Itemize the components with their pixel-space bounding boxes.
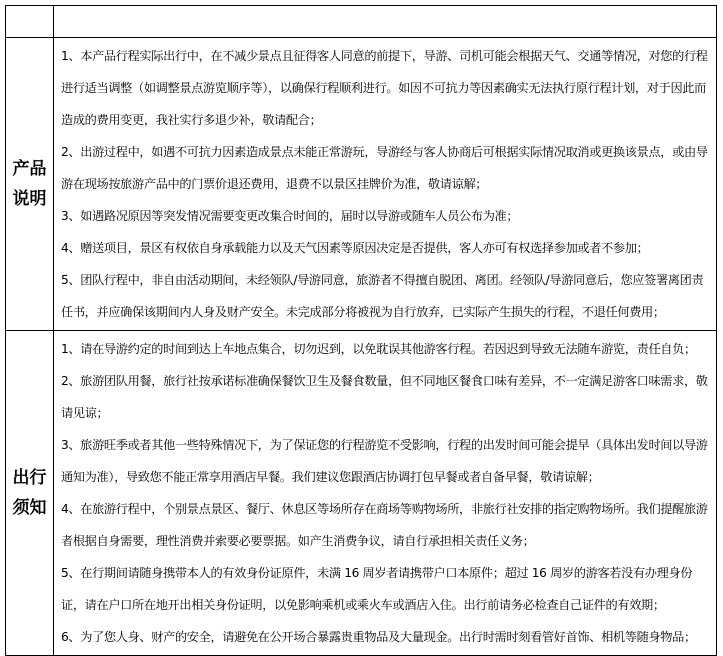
section-label-product-description: 产品 说明 [6, 38, 54, 331]
section-content-product-description: 1、本产品行程实际出行中，在不减少景点且征得客人同意的前提下，导游、司机可能会根… [54, 38, 717, 331]
list-item: 3、如遇路况原因等突发情况需要变更改集合时间的，届时以导游或随车人员公布为准； [61, 200, 710, 232]
section-label-line1: 产品 [6, 154, 53, 184]
section-travel-notes: 出行 须知 1、请在导游约定的时间到达上车地点集合，切勿迟到，以免耽误其他游客行… [6, 331, 717, 638]
list-item: 5、在行期间请随身携带本人的有效身份证原件，未满 16 周岁者请携带户口本原件；… [61, 557, 710, 621]
list-item: 6、为了您人身、财产的安全，请避免在公开场合暴露贵重物品及大量现金。出行时需时刻… [61, 621, 710, 637]
table-header-row [6, 6, 717, 38]
list-item: 2、旅游团队用餐，旅行社按承诺标准确保餐饮卫生及餐食数量，但不同地区餐食口味有差… [61, 365, 710, 429]
list-item: 2、出游过程中，如遇不可抗力因素造成景点未能正常游玩，导游经与客人协商后可根据实… [61, 136, 710, 200]
list-item: 1、本产品行程实际出行中，在不减少景点且征得客人同意的前提下，导游、司机可能会根… [61, 40, 710, 136]
section-label-line2: 须知 [6, 493, 53, 523]
section-label-line1: 出行 [6, 463, 53, 493]
header-label-cell [6, 6, 54, 38]
list-item: 4、在旅游行程中，个别景点景区、餐厅、休息区等场所存在商场等购物场所，非旅行社安… [61, 493, 710, 557]
list-item: 3、旅游旺季或者其他一些特殊情况下，为了保证您的行程游览不受影响，行程的出发时间… [61, 429, 710, 493]
list-item: 1、请在导游约定的时间到达上车地点集合，切勿迟到，以免耽误其他游客行程。若因迟到… [61, 333, 710, 365]
list-item: 4、赠送项目，景区有权依自身承载能力以及天气因素等原因决定是否提供，客人亦可有权… [61, 232, 710, 264]
section-product-description: 产品 说明 1、本产品行程实际出行中，在不减少景点且征得客人同意的前提下，导游、… [6, 38, 717, 331]
header-content-cell [54, 6, 717, 38]
travel-info-table: 产品 说明 1、本产品行程实际出行中，在不减少景点且征得客人同意的前提下，导游、… [5, 5, 717, 637]
section-content-travel-notes: 1、请在导游约定的时间到达上车地点集合，切勿迟到，以免耽误其他游客行程。若因迟到… [54, 331, 717, 638]
section-label-line2: 说明 [6, 184, 53, 214]
section-label-travel-notes: 出行 须知 [6, 331, 54, 638]
list-item: 5、团队行程中，非自由活动期间，未经领队/导游同意，旅游者不得擅自脱团、离团。经… [61, 264, 710, 328]
